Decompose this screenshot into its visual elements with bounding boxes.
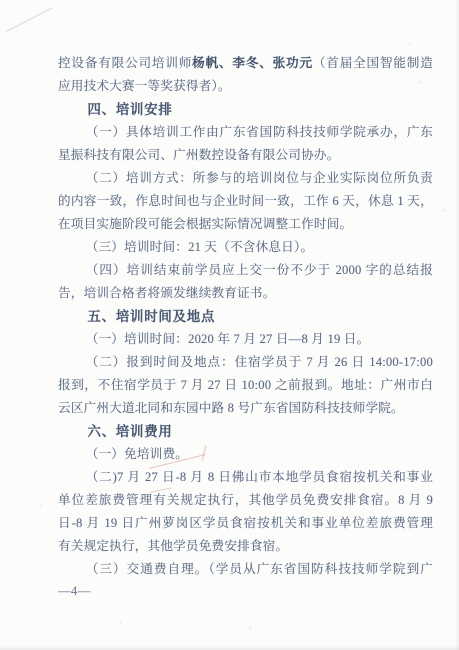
- doc-line: （一）培训时间：2020 年 7 月 27 日—8 月 19 日。: [58, 328, 433, 351]
- section-heading-5: 五、培训时间及地点: [58, 305, 433, 328]
- doc-line: 有关规定执行，其他学员免费安排食宿。: [58, 535, 433, 558]
- doc-line: （一）具体培训工作由广东省国防科技技师学院承办，广东: [58, 121, 433, 144]
- doc-line: 在项目实施阶段可能会根据实际情况调整工作时间。: [58, 213, 433, 236]
- doc-line: 星振科技有限公司、广州数控设备有限公司协办。: [58, 144, 433, 167]
- doc-line: （二)7 月 27 日-8 月 8 日佛山市本地学员食宿按机关和事业: [58, 466, 433, 489]
- scanned-document-page: 控设备有限公司培训师杨帆、李冬、张功元（首届全国智能制造 应用技术大赛一等奖获得…: [0, 0, 459, 650]
- doc-line: 日-8 月 19 日广州萝岗区学员食宿按机关和事业单位差旅费管理: [58, 512, 433, 535]
- scan-artifact-diagonal-line: [6, 7, 53, 31]
- doc-text: （首届全国智能制造: [313, 56, 433, 70]
- scan-edge-shadow-bottom: [0, 645, 459, 650]
- doc-line: 报到，不住宿学员于 7 月 27 日 10:00 之前报到。地址：广州市白: [58, 374, 433, 397]
- doc-line: 控设备有限公司培训师杨帆、李冬、张功元（首届全国智能制造: [58, 52, 433, 75]
- section-heading-4: 四、培训安排: [58, 98, 433, 121]
- doc-line: 单位差旅费管理有关规定执行，其他学员免费安排食宿。8 月 9: [58, 489, 433, 512]
- document-body: 控设备有限公司培训师杨帆、李冬、张功元（首届全国智能制造 应用技术大赛一等奖获得…: [58, 52, 433, 581]
- doc-line: （四）培训结束前学员应上交一份不少于 2000 字的总结报: [58, 259, 433, 282]
- scan-edge-shadow-right: [455, 0, 459, 650]
- doc-line: （三）培训时间：21 天（不含休息日）。: [58, 236, 433, 259]
- doc-line: （一）免培训费。: [58, 443, 433, 466]
- page-number: —4—: [58, 584, 91, 599]
- trainer-names-bold: 杨帆、李冬、张功元: [192, 56, 313, 70]
- doc-line: 的内容一致，作息时间也与企业时间一致，工作 6 天，休息 1 天，: [58, 190, 433, 213]
- doc-line: 云区广州大道北同和东园中路 8 号广东省国防科技技师学院。: [58, 397, 433, 420]
- section-heading-6: 六、培训费用: [58, 420, 433, 443]
- doc-line: 告，培训合格者将颁发继续教育证书。: [58, 282, 433, 305]
- doc-line: （二）报到时间及地点：住宿学员于 7 月 26 日 14:00-17:00: [58, 351, 433, 374]
- doc-line: 应用技术大赛一等奖获得者）。: [58, 75, 433, 98]
- doc-text: 控设备有限公司培训师: [58, 56, 192, 70]
- scan-noise-speckles: [0, 0, 1, 1]
- doc-line: （三）交通费自理。（学员从广东省国防科技技师学院到广: [58, 558, 433, 581]
- doc-line: （二）培训方式：所参与的培训岗位与企业实际岗位所负责: [58, 167, 433, 190]
